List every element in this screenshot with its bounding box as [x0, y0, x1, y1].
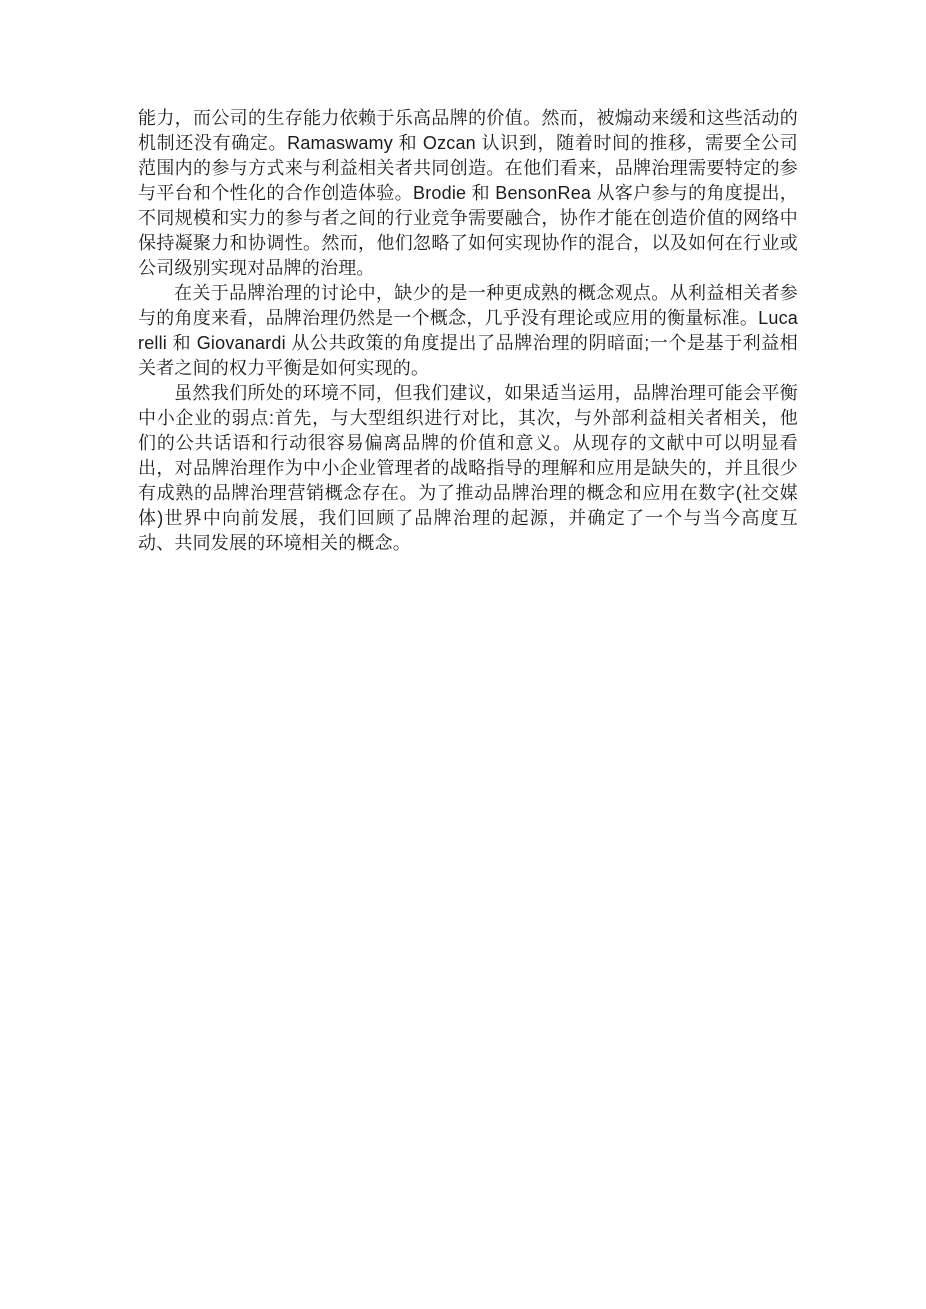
paragraph-brand-governance-discussion: 在关于品牌治理的讨论中，缺少的是一种更成熟的概念观点。从利益相关者参与的角度来看… [138, 281, 798, 381]
paragraph-sme-proposal: 虽然我们所处的环境不同，但我们建议，如果适当运用，品牌治理可能会平衡中小企业的弱… [138, 381, 798, 556]
document-body-text: 能力，而公司的生存能力依赖于乐高品牌的价值。然而，被煽动来缓和这些活动的机制还没… [138, 106, 798, 556]
document-page: 能力，而公司的生存能力依赖于乐高品牌的价值。然而，被煽动来缓和这些活动的机制还没… [0, 0, 926, 1309]
paragraph-continuation: 能力，而公司的生存能力依赖于乐高品牌的价值。然而，被煽动来缓和这些活动的机制还没… [138, 106, 798, 281]
